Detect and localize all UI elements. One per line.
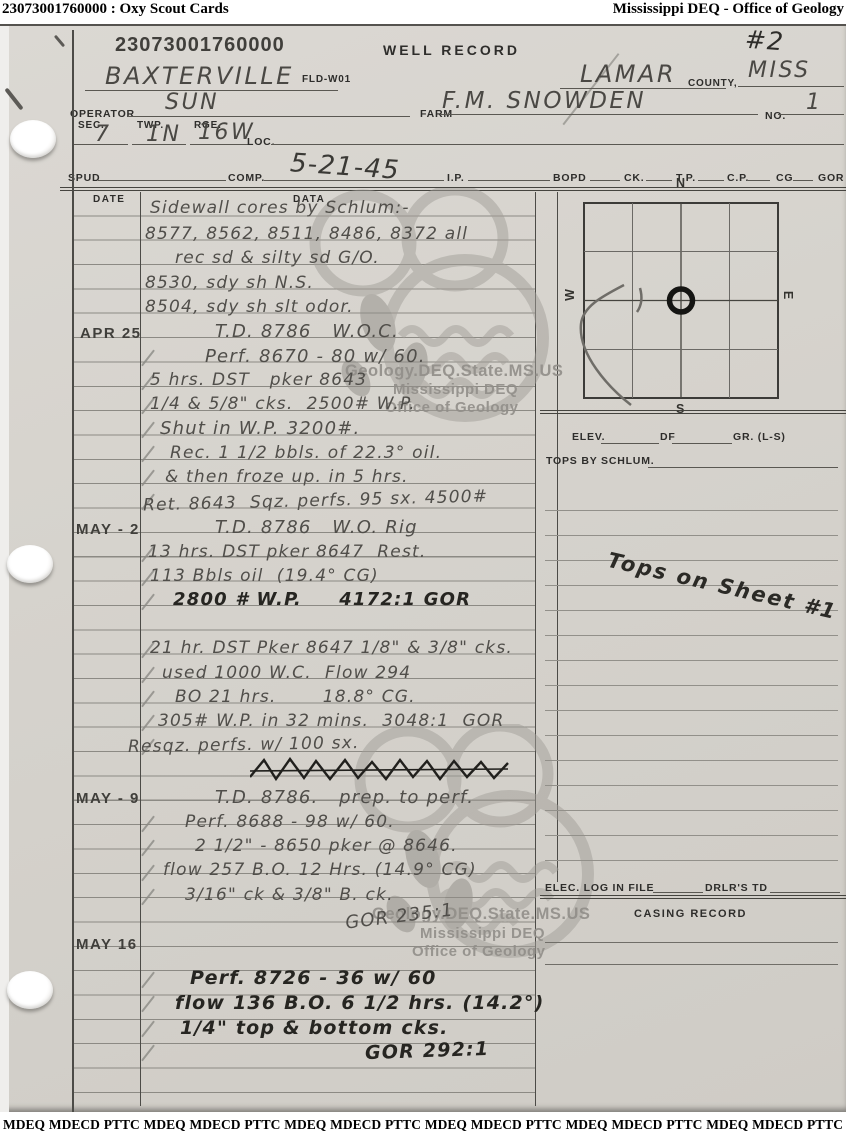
date-stamp: MAY 16	[76, 936, 138, 953]
footer-token: MDECD	[330, 1117, 381, 1133]
log-entry: 3/16" ck & 3/8" B. ck.	[185, 885, 394, 905]
form-title: WELL RECORD	[383, 42, 520, 58]
log-entry: 1/4 & 5/8" cks. 2500# W.P.	[150, 394, 416, 414]
rule-line	[698, 180, 724, 181]
ruled-lines-right	[545, 486, 838, 871]
log-entry: 21 hr. DST Pker 8647 1/8" & 3/8" cks.	[150, 638, 513, 658]
rule-line	[748, 180, 770, 181]
log-entry: T.D. 8786 W.O.C.	[215, 321, 399, 342]
log-entry: Resqz. perfs. w/ 100 sx.	[128, 733, 360, 757]
no-label: NO.	[765, 110, 786, 122]
api-number-stamp: 23073001760000	[115, 34, 285, 57]
footer-token: PTTC	[526, 1117, 562, 1133]
field-name-handwritten: BAXTERVILLE	[105, 62, 294, 90]
rule-line	[778, 114, 844, 115]
casing-record-label: CASING RECORD	[634, 908, 747, 920]
footer-token: MDECD	[752, 1117, 803, 1133]
rule-line	[793, 180, 813, 181]
cg-label: CG	[776, 172, 793, 184]
farm-handwritten: F.M. SNOWDEN	[442, 88, 646, 114]
plat-north-label: N	[676, 176, 685, 190]
footer-token: MDECD	[611, 1117, 662, 1133]
handwritten-curve	[581, 285, 631, 405]
log-entry: Sidewall cores by Schlum:-	[150, 198, 410, 218]
cp-label: C.P.	[727, 172, 749, 184]
punch-hole	[7, 971, 53, 1009]
rule-line	[653, 892, 703, 893]
footer-token: PTTC	[385, 1117, 421, 1133]
gr-label: GR. (L-S)	[733, 431, 786, 443]
operator-label: OPERATOR	[70, 108, 135, 120]
log-entry: T.D. 8786 W.O. Rig	[215, 517, 418, 538]
log-entry: flow 136 B.O. 6 1/2 hrs. (14.2°)	[175, 992, 545, 1014]
punch-hole	[10, 120, 56, 158]
rule-line	[190, 144, 248, 145]
log-entry: GOR 292:1	[365, 1038, 490, 1064]
log-entry: 8530, sdy sh N.S.	[145, 273, 314, 293]
plat-section-grid	[583, 202, 779, 399]
log-entry: 113 Bbls oil (19.4° CG)	[150, 566, 379, 586]
drlrs-td-label: DRLR'S TD	[705, 882, 768, 894]
county-name-handwritten: LAMAR	[580, 60, 676, 88]
footer-token: MDEQ	[144, 1117, 186, 1133]
comp-label: COMP.	[228, 172, 265, 184]
log-entry: Perf. 8688 - 98 w/ 60.	[185, 812, 395, 832]
footer-token: MDEQ	[284, 1117, 326, 1133]
log-entry: 2800 # W.P. 4172:1 GOR	[173, 589, 471, 610]
log-entry: 5 hrs. DST pker 8643	[150, 370, 367, 390]
rule-line	[672, 443, 732, 444]
page-note-handwritten: #2	[744, 25, 785, 57]
log-entry: 305# W.P. in 32 mins. 3048:1 GOR	[158, 711, 505, 731]
rule-line	[646, 180, 672, 181]
footer-token: PTTC	[666, 1117, 702, 1133]
log-entry: & then froze up. in 5 hrs.	[165, 467, 409, 487]
log-entry: used 1000 W.C. Flow 294	[162, 663, 411, 683]
footer-token: PTTC	[104, 1117, 140, 1133]
date-stamp: MAY - 2	[76, 521, 140, 538]
log-entry: 2 1/2" - 8650 pker @ 8646.	[195, 836, 458, 856]
date-stamp: MAY - 9	[76, 790, 140, 807]
footer-token: MDEQ	[566, 1117, 608, 1133]
rule-line	[264, 180, 444, 181]
log-entry: Shut in W.P. 3200#.	[160, 418, 360, 439]
card-border-line	[72, 30, 74, 1112]
log-entry: BO 21 hrs. 18.8° CG.	[175, 687, 416, 707]
elev-label: ELEV.	[572, 431, 605, 443]
agency-title: Mississippi DEQ - Office of Geology	[613, 1, 844, 18]
bopd-label: BOPD	[553, 172, 587, 184]
tops-by-schlum-label: TOPS BY SCHLUM.	[546, 455, 654, 467]
double-rule	[540, 895, 846, 899]
footer-token: MDECD	[190, 1117, 241, 1133]
page: 23073001760000 : Oxy Scout Cards Mississ…	[0, 0, 846, 1138]
rule-line	[74, 144, 128, 145]
document-id-title: 23073001760000 : Oxy Scout Cards	[2, 1, 229, 18]
footer-token: MDEQ	[706, 1117, 748, 1133]
rule-line	[601, 443, 659, 444]
footer-token: MDEQ	[425, 1117, 467, 1133]
elec-log-label: ELEC. LOG IN FILE	[545, 882, 654, 894]
corner-fold-marks	[54, 35, 65, 48]
punch-hole	[7, 545, 53, 583]
rule-line	[440, 114, 758, 115]
log-entry: 13 hrs. DST pker 8647 Rest.	[148, 542, 427, 562]
watermark-agency: Mississippi DEQ	[420, 925, 545, 942]
rule-line	[545, 964, 838, 965]
rule-line	[468, 180, 550, 181]
log-entry: T.D. 8786. prep. to perf.	[215, 787, 474, 808]
scribbled-out-text	[250, 757, 510, 785]
log-entry: Perf. 8726 - 36 w/ 60	[190, 967, 437, 989]
gor-label: GOR	[818, 172, 844, 184]
watermark-office: Office of Geology	[412, 943, 546, 960]
rule-line	[590, 180, 620, 181]
state-handwritten: MISS	[748, 58, 811, 83]
plat-west-label: W	[563, 289, 577, 301]
log-entry: 1/4" top & bottom cks.	[180, 1017, 449, 1039]
footer-token: MDEQ	[3, 1117, 45, 1133]
log-entry: 8577, 8562, 8511, 8486, 8372 all	[145, 224, 468, 244]
fld-label: FLD-W01	[302, 74, 351, 85]
operator-handwritten: SUN	[165, 90, 219, 115]
date-stamp: APR 25	[80, 325, 142, 342]
log-entry: Rec. 1 1/2 bbls. of 22.3° oil.	[170, 443, 442, 463]
viewer-header-bar: 23073001760000 : Oxy Scout Cards Mississ…	[0, 0, 846, 24]
footer-token: MDECD	[49, 1117, 100, 1133]
footer-token: PTTC	[807, 1117, 843, 1133]
log-entry: Perf. 8670 - 80 w/ 60.	[205, 346, 426, 367]
ck-label: CK.	[624, 172, 644, 184]
plat-east-label: E	[781, 291, 795, 299]
date-column-header: DATE	[93, 194, 125, 205]
footer-token: MDECD	[471, 1117, 522, 1133]
rule-line	[132, 144, 186, 145]
rule-line	[128, 116, 410, 117]
rule-line	[98, 180, 226, 181]
viewer-footer-bar: MDEQ MDECD PTTC MDEQ MDECD PTTC MDEQ MDE…	[0, 1112, 846, 1138]
df-label: DF	[660, 431, 676, 443]
rule-line	[271, 144, 844, 145]
ip-label: I.P.	[447, 172, 465, 184]
rule-line	[648, 467, 838, 468]
double-rule	[540, 410, 846, 414]
well-no-handwritten: 1	[806, 90, 823, 115]
log-entry: 8504, sdy sh slt odor.	[145, 297, 354, 317]
log-entry: rec sd & silty sd G/O.	[175, 248, 380, 268]
rule-line	[770, 892, 840, 893]
loc-label: LOC.	[247, 136, 275, 148]
footer-token: PTTC	[244, 1117, 280, 1133]
rule-line	[738, 86, 844, 87]
rule-line	[545, 942, 838, 943]
log-entry: flow 257 B.O. 12 Hrs. (14.9° CG)	[163, 860, 477, 880]
scanned-well-record-card: 23073001760000 WELL RECORD #2 BAXTERVILL…	[0, 24, 846, 1112]
